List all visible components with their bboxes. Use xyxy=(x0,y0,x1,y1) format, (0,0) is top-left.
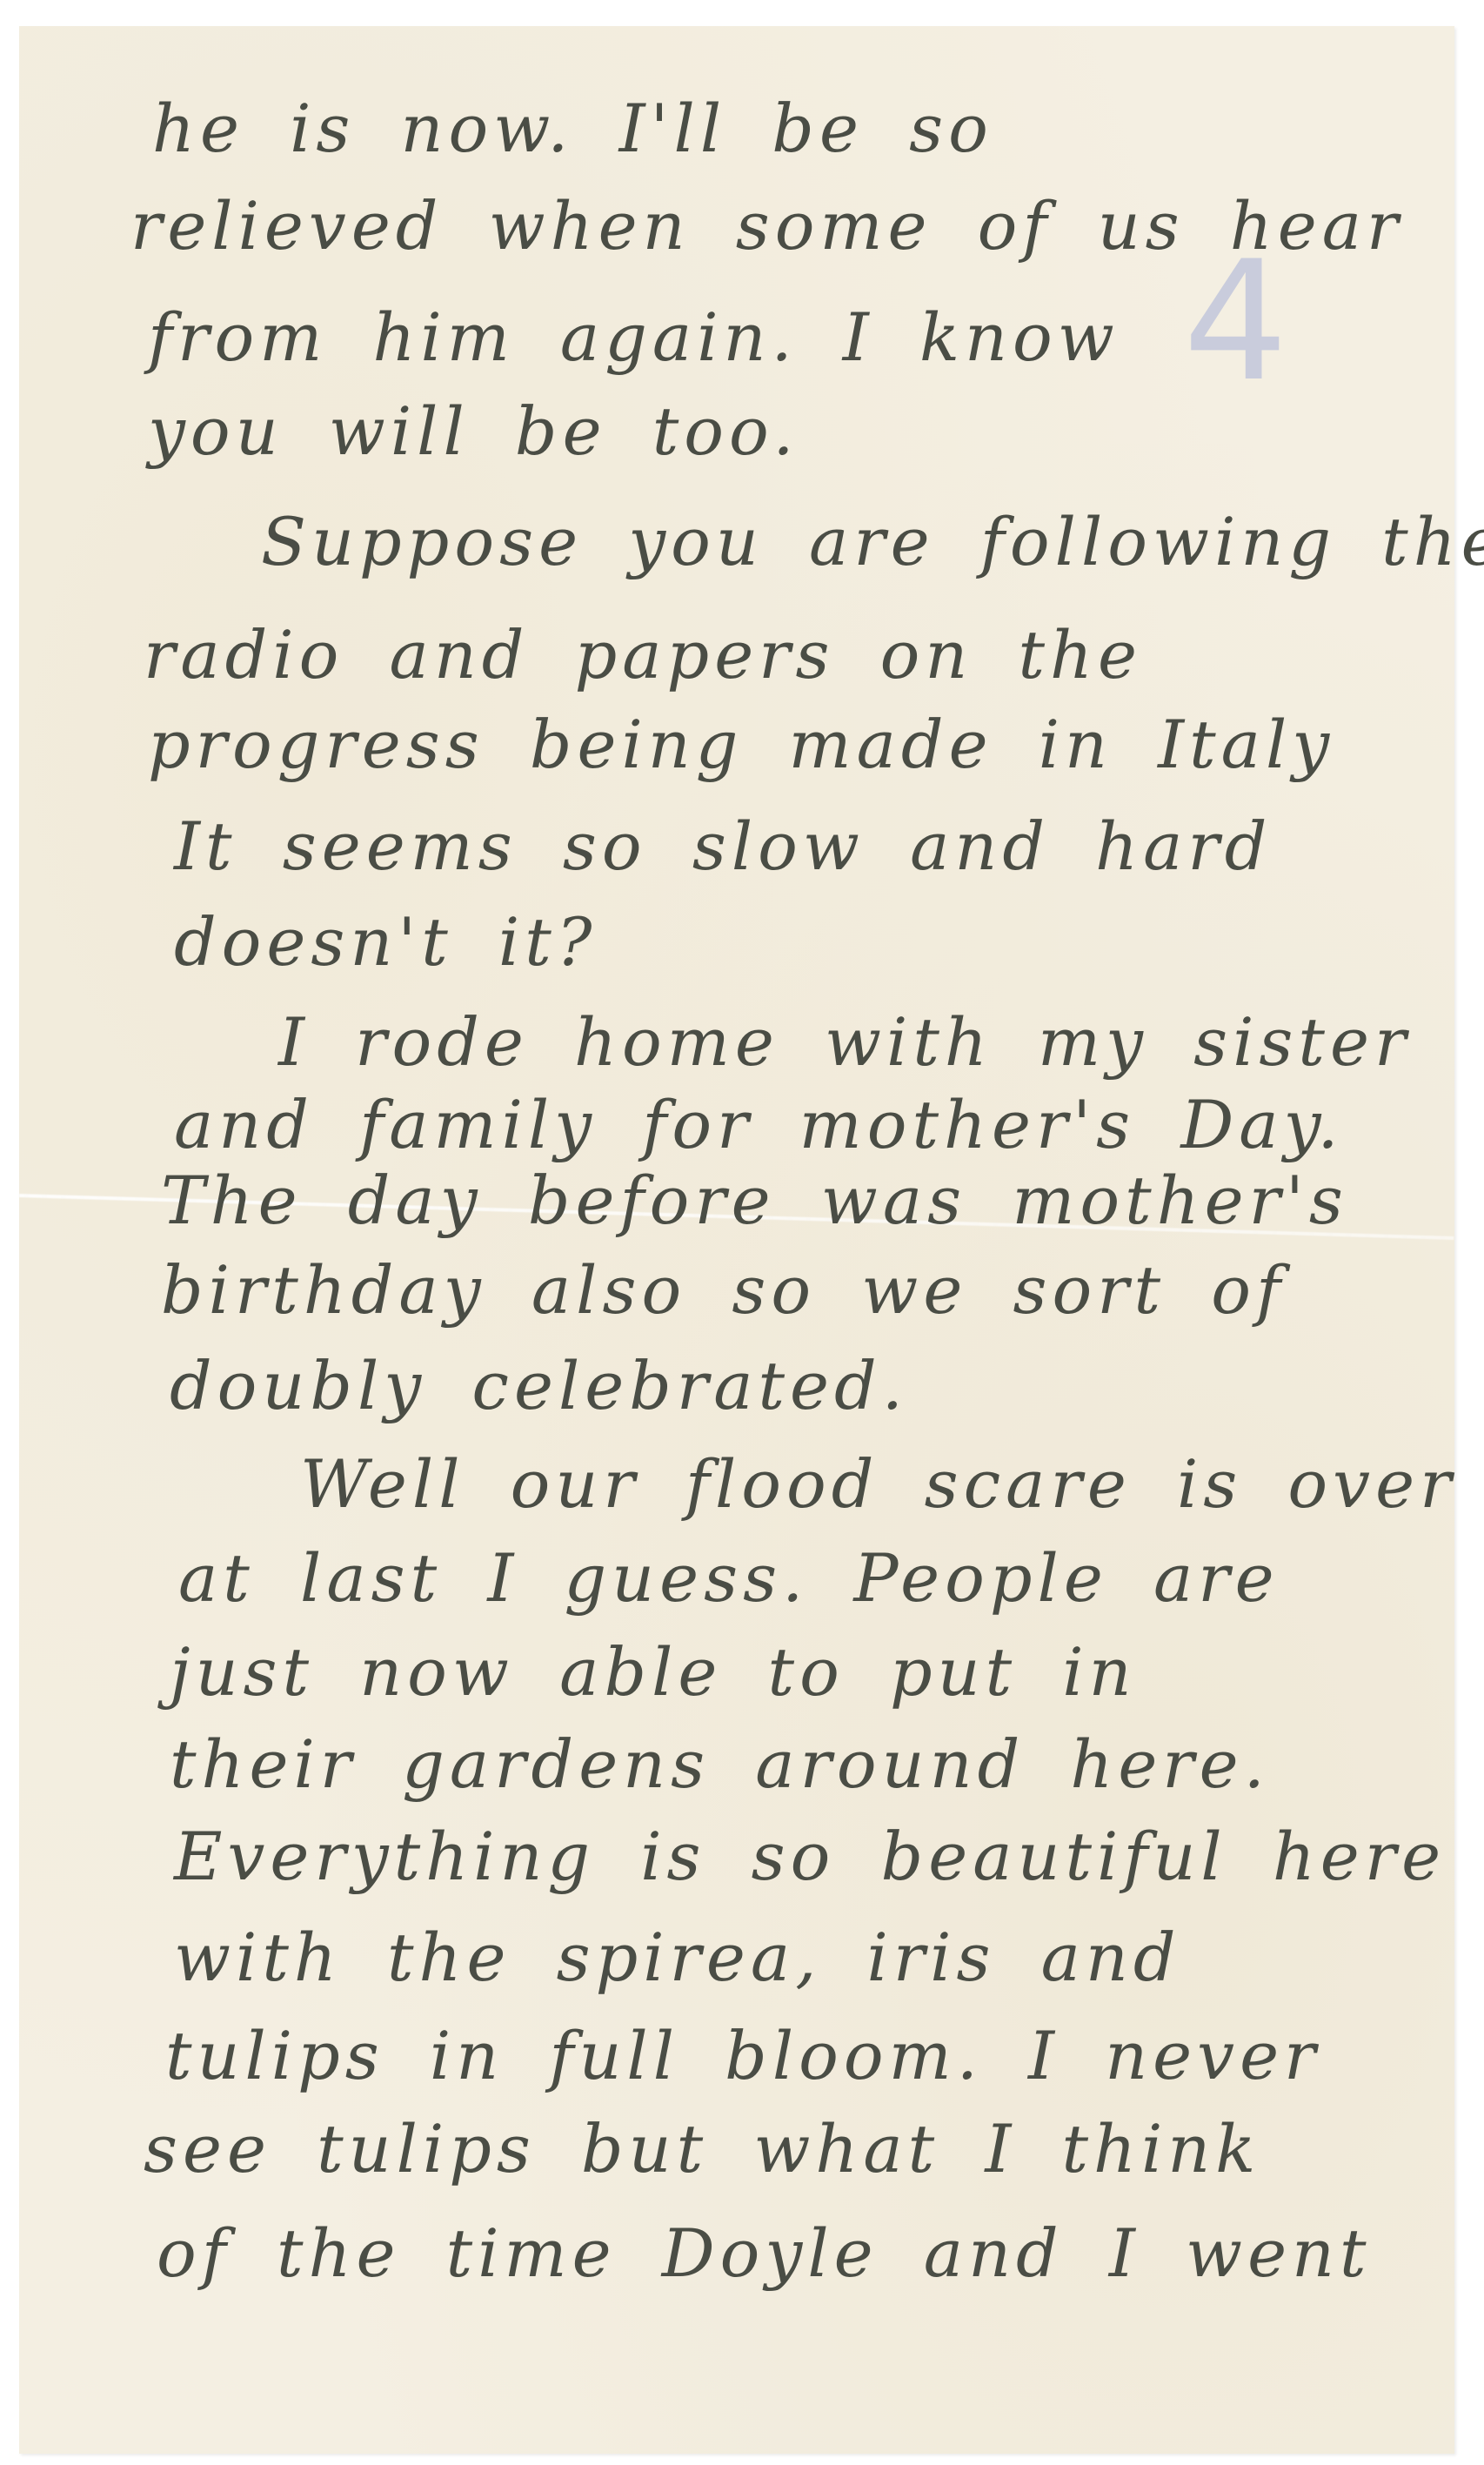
text-line: Well our flood scare is over xyxy=(300,1451,1456,1517)
text-line: progress being made in Italy xyxy=(148,712,1334,778)
text-line: doubly celebrated. xyxy=(170,1353,908,1419)
text-line: he is now. I'll be so xyxy=(152,96,993,162)
text-line: The day before was mother's xyxy=(161,1168,1348,1234)
text-line: you will be too. xyxy=(148,399,799,465)
text-line: from him again. I know xyxy=(148,305,1120,371)
text-line: doesn't it? xyxy=(174,909,598,975)
text-line: their gardens around here. xyxy=(170,1732,1270,1798)
text-line: radio and papers on the xyxy=(144,622,1142,688)
text-line: and family for mother's Day. xyxy=(174,1092,1344,1158)
text-line: of the time Doyle and I went xyxy=(157,2221,1372,2287)
text-line: I rode home with my sister xyxy=(278,1009,1411,1075)
text-line: with the spirea, iris and xyxy=(174,1925,1181,1991)
text-line: tulips in full bloom. I never xyxy=(165,2023,1320,2089)
text-line: just now able to put in xyxy=(170,1639,1137,1705)
text-line: see tulips but what I think xyxy=(144,2116,1260,2182)
text-line: at last I guess. People are xyxy=(178,1545,1280,1611)
text-line: It seems so slow and hard xyxy=(174,814,1272,880)
text-line: birthday also so we sort of xyxy=(161,1257,1286,1323)
text-line: relieved when some of us hear xyxy=(130,193,1403,259)
text-line: Everything is so beautiful here xyxy=(174,1824,1446,1890)
text-line: Suppose you are following the xyxy=(261,509,1484,575)
